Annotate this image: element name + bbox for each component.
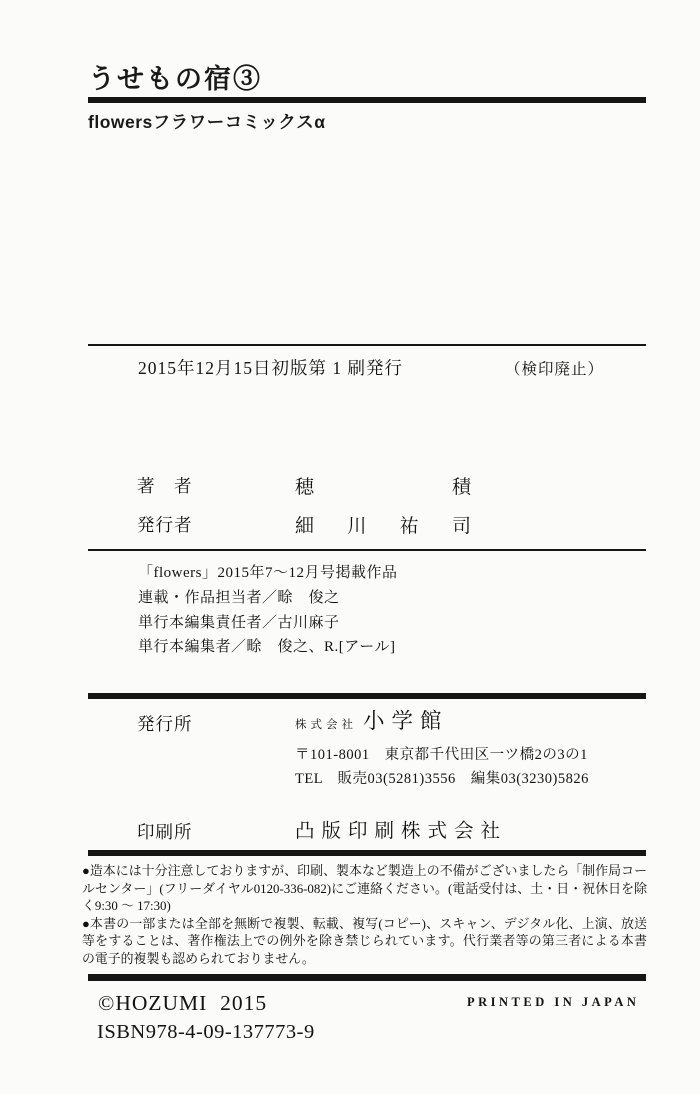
inspection-note: （検印廃止）	[505, 357, 604, 379]
company-prefix: 株式会社	[295, 716, 357, 732]
author-name-char: 穂	[295, 472, 314, 499]
edition-date: 2015年12月15日初版第 1 刷発行	[138, 355, 403, 380]
publisher-name: 細 川 祐 司	[295, 511, 471, 538]
serialization-line: 単行本編集責任者／古川麻子	[138, 611, 398, 636]
publisher-name-char: 司	[452, 511, 471, 538]
publisher-section-rule	[88, 693, 646, 699]
legal-notices: ●造本には十分注意しておりますが、印刷、製本など製造上の不備がございましたら「制…	[82, 863, 647, 969]
binding-notice: ●造本には十分注意しておりますが、印刷、製本など製造上の不備がございましたら「制…	[82, 863, 647, 916]
serialization-line: 「flowers」2015年7〜12月号掲載作品	[138, 561, 398, 586]
credits-bottom-rule	[88, 549, 646, 551]
printer-name: 凸版印刷株式会社	[295, 815, 507, 843]
colophon-page: うせもの宿③ flowersフラワーコミックスα 2015年12月15日初版第 …	[0, 0, 700, 1094]
author-row: 著 者 穂 積	[0, 472, 700, 498]
author-name: 穂 積	[295, 472, 471, 499]
publisher-name-char: 細	[295, 511, 314, 538]
printer-label: 印刷所	[137, 819, 193, 844]
publishing-house-company: 株式会社 小学館	[295, 704, 449, 735]
author-name-char: 積	[452, 472, 471, 499]
publishing-house-label: 発行所	[137, 711, 193, 736]
book-title: うせもの宿③	[88, 57, 262, 96]
author-label: 著 者	[137, 473, 193, 498]
copyright-notice: ●本書の一部または全部を無断で複製、転載、複写(コピー)、スキャン、デジタル化、…	[82, 916, 647, 969]
printer-bottom-rule	[88, 850, 646, 856]
company-name: 小学館	[363, 704, 449, 735]
imprint-label: flowersフラワーコミックスα	[88, 109, 326, 134]
isbn-number: ISBN978-4-09-137773-9	[97, 1021, 315, 1044]
serialization-block: 「flowers」2015年7〜12月号掲載作品 連載・作品担当者／畭 俊之 単…	[138, 561, 398, 660]
title-rule	[88, 97, 646, 103]
edition-top-rule	[88, 344, 646, 346]
notices-bottom-rule	[88, 974, 646, 981]
serialization-line: 単行本編集者／畭 俊之、R.[アール]	[138, 635, 398, 660]
publisher-name-char: 祐	[400, 511, 419, 538]
copyright-line: ©HOZUMI 2015	[98, 991, 267, 1016]
publishing-house-phone: TEL 販売03(5281)3556 編集03(3230)5826	[295, 767, 589, 788]
publisher-label: 発行者	[137, 512, 193, 537]
publisher-name-char: 川	[347, 511, 366, 538]
publisher-row: 発行者 細 川 祐 司	[0, 511, 700, 537]
publishing-house-address: 〒101-8001 東京都千代田区一ツ橋2の3の1	[295, 743, 588, 764]
printed-in-japan: PRINTED IN JAPAN	[467, 995, 639, 1010]
serialization-line: 連載・作品担当者／畭 俊之	[138, 586, 398, 611]
